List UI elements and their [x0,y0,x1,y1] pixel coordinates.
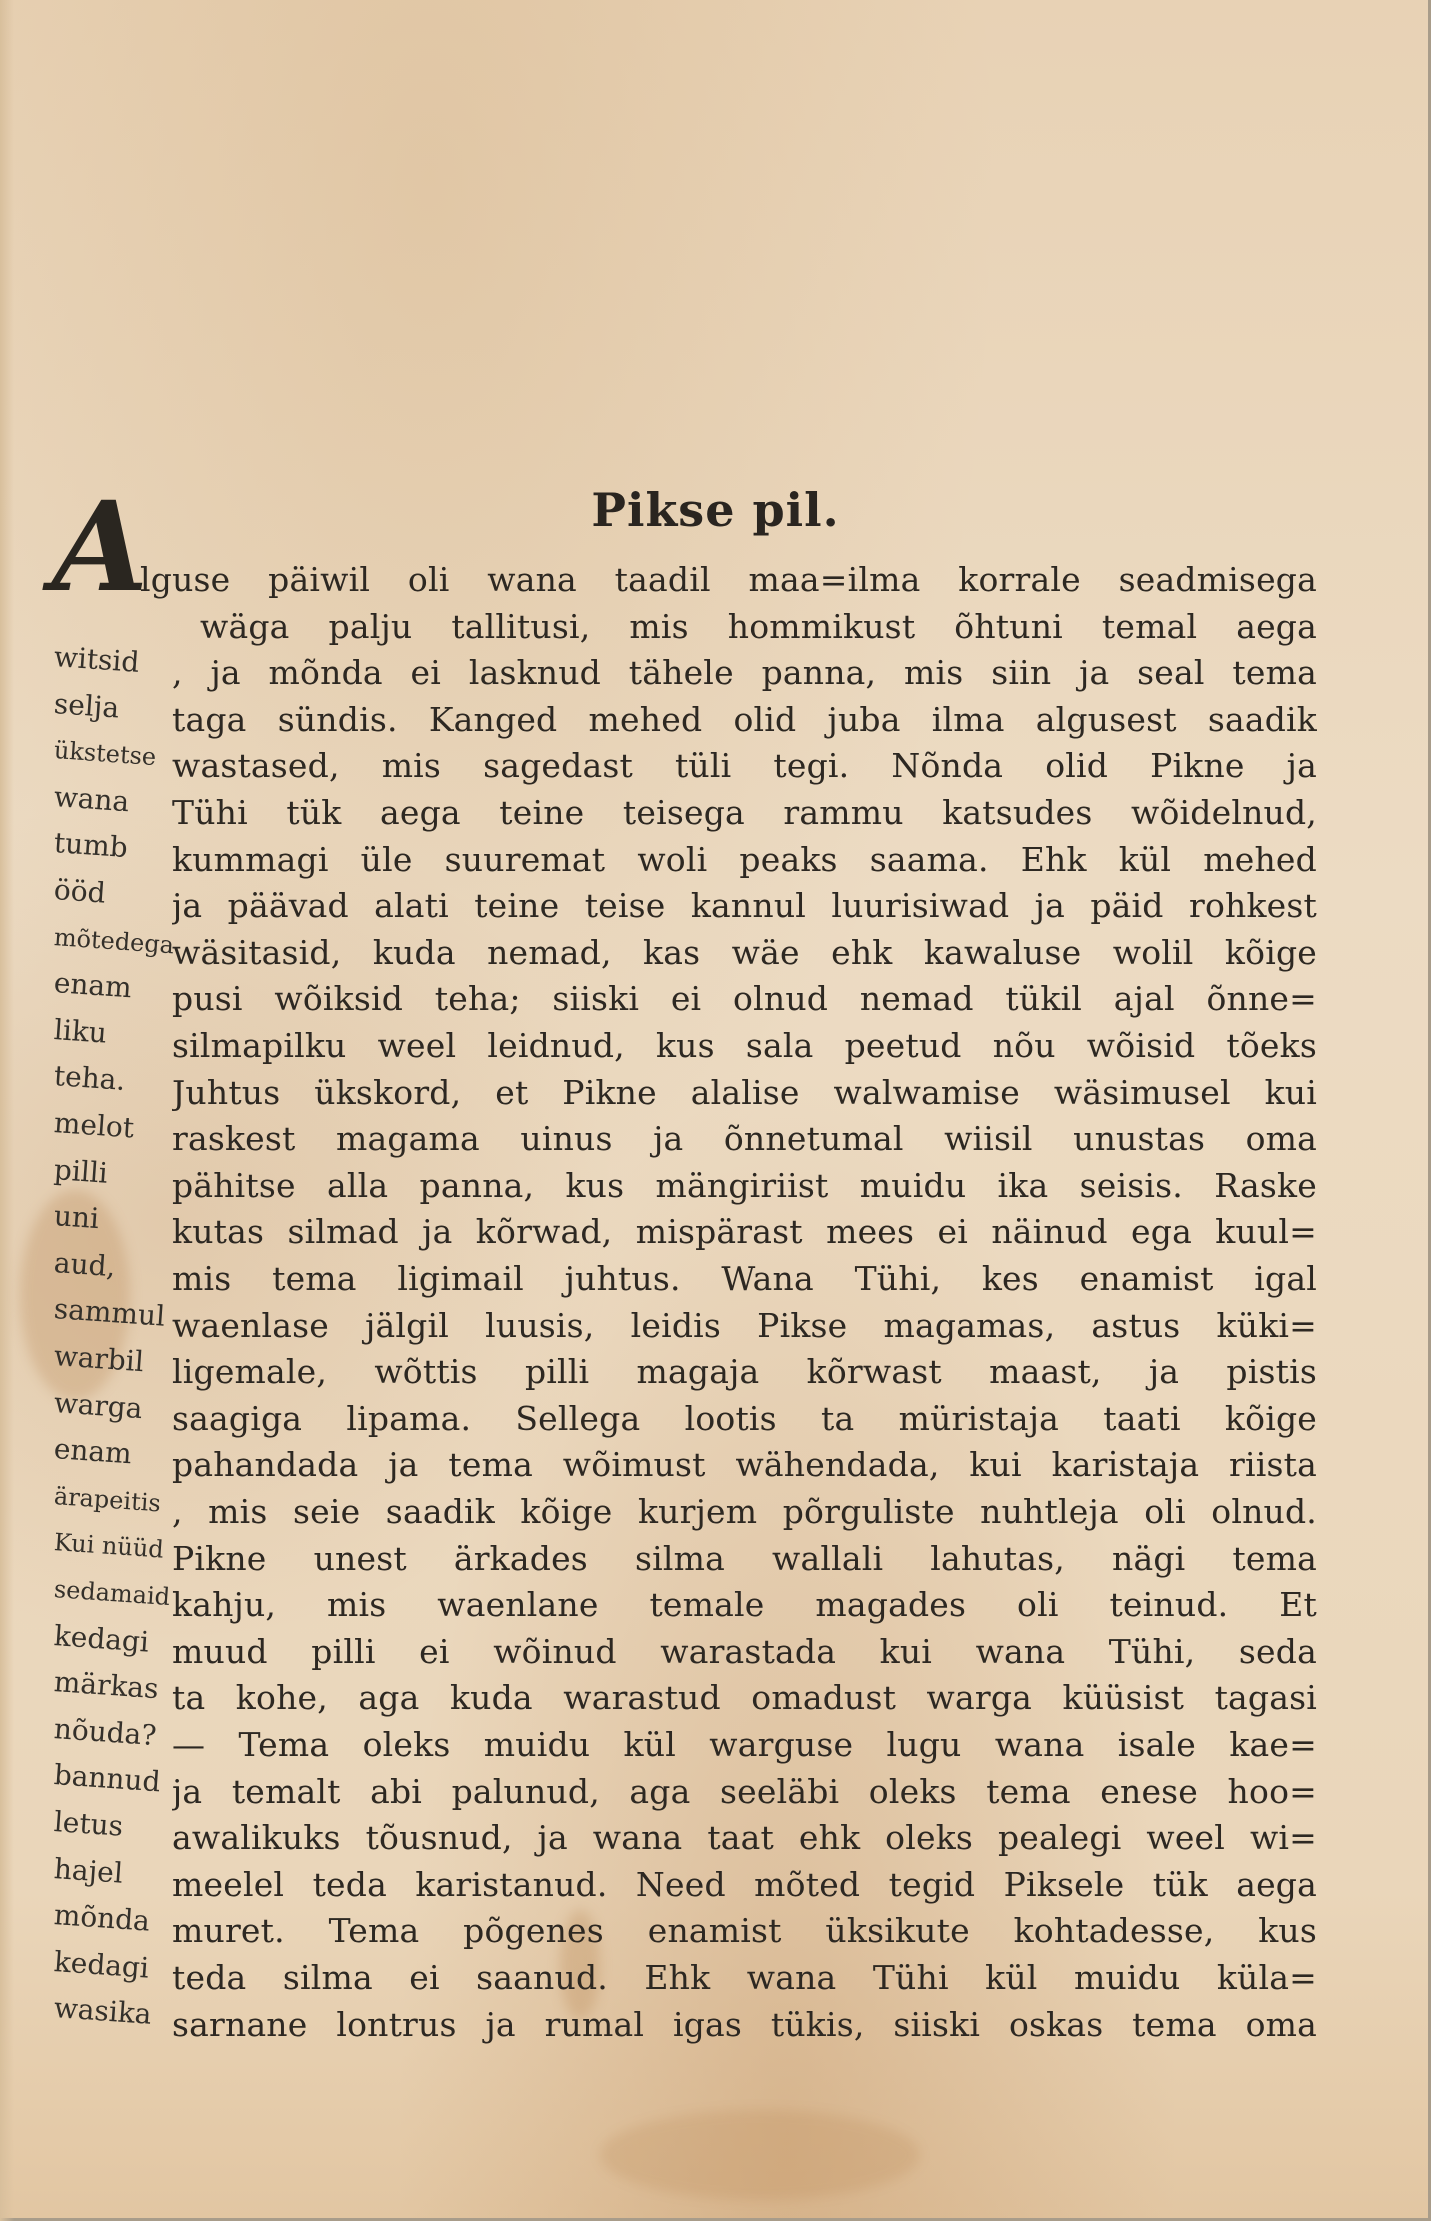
text-line: sarnane lontrus ja rumal igas tükis, sii… [172,2005,1317,2045]
text-line: taga sündis. Kanged mehed olid juba ilma… [172,700,1317,740]
margin-gloss-word: tumb [53,826,129,865]
text-line: kahju, mis waenlane temale magades oli t… [172,1585,1317,1625]
margin-gloss-word: warbil [53,1339,145,1379]
text-line: waenlase jälgil luusis, leidis Pikse mag… [172,1306,1317,1346]
margin-gloss-word: mõnda [53,1898,151,1939]
text-line: wastased, mis sagedast tüli tegi. Nõnda … [172,746,1317,786]
text-line: , ja mõnda ei lasknud tähele panna, mis … [172,653,1317,693]
text-line: wäsitasid, kuda nemad, kas wäe ehk kawal… [172,933,1317,973]
margin-gloss-word: melot [53,1106,135,1146]
text-line: Pikne unest ärkades silma wallali lahuta… [172,1539,1317,1579]
text-line: pusi wõiksid teha; siiski ei olnud nemad… [172,979,1317,1019]
margin-gloss-word: enam [53,966,133,1005]
text-line: kutas silmad ja kõrwad, mispärast mees e… [172,1212,1317,1252]
text-line: Juhtus ükskord, et Pikne alalise walwami… [172,1073,1317,1113]
text-line: awalikuks tõusnud, ja wana taat ehk olek… [172,1818,1317,1858]
margin-gloss-word: Kui nüüd [53,1525,165,1567]
text-line: wäga palju tallitusi, mis hommikust õhtu… [200,607,1317,647]
text-line: pähitse alla panna, kus mängiriist muidu… [172,1166,1317,1206]
paper-stain [600,2110,920,2200]
margin-gloss-word: märkas [53,1665,160,1706]
text-line: , mis seie saadik kõige kurjem põrgulist… [172,1492,1317,1532]
margin-gloss-word: letus [53,1805,124,1844]
text-line: muud pilli ei wõinud warastada kui wana … [172,1632,1317,1672]
margin-gloss-word: selja [53,687,120,725]
margin-gloss-word: bannud [53,1758,162,1799]
text-line: saagiga lipama. Sellega lootis ta mürist… [172,1399,1317,1439]
text-line: mis tema ligimail juhtus. Wana Tühi, kes… [172,1259,1317,1299]
margin-gloss-word: aud, [53,1246,117,1284]
margin-gloss-word: wasika [53,1991,153,2032]
text-line: ta kohe, aga kuda warastud omadust warga… [172,1678,1317,1718]
margin-gloss-word: kedagi [53,1619,150,1660]
margin-gloss-word: ärapeitis [53,1479,162,1520]
text-line: Tühi tük aega teine teisega rammu katsud… [172,793,1317,833]
margin-gloss-word: teha. [53,1059,127,1098]
margin-gloss-word: sedamaid [53,1572,171,1614]
margin-gloss-word: ööd [53,873,107,911]
text-line: teda silma ei saanud. Ehk wana Tühi kül … [172,1958,1317,1998]
margin-gloss-word: mõtedega [53,920,175,962]
text-line: kummagi üle suuremat woli peaks saama. E… [172,840,1317,880]
text-line: muret. Tema põgenes enamist üksikute koh… [172,1911,1317,1951]
text-line: silmapilku weel leidnud, kus sala peetud… [172,1026,1317,1066]
page-edge-shadow [0,0,14,2221]
margin-gloss-word: kedagi [53,1945,150,1986]
book-page: Pikse pil. A lguse päiwil oli wana taadi… [0,0,1431,2221]
text-line: ligemale, wõttis pilli magaja kõrwast ma… [172,1352,1317,1392]
margin-gloss-word: ükstetse [53,733,157,774]
text-line: lguse päiwil oli wana taadil maa=ilma ko… [140,560,1317,600]
text-line: raskest magama uinus ja õnnetumal wiisil… [172,1119,1317,1159]
text-line: pahandada ja tema wõimust wähendada, kui… [172,1445,1317,1485]
margin-gloss-word: nõuda? [53,1712,158,1753]
text-line: — Tema oleks muidu kül warguse lugu wana… [172,1725,1317,1765]
margin-gloss-word: liku [53,1013,108,1051]
margin-gloss-word: hajel [53,1852,124,1891]
margin-gloss-word: wana [53,780,131,819]
margin-gloss-word: witsid [53,640,141,680]
chapter-title: Pikse pil. [0,483,1431,537]
margin-gloss-word: uni [53,1199,100,1236]
text-line: meelel teda karistanud. Need mõted tegid… [172,1865,1317,1905]
text-line: ja päävad alati teine teise kannul luuri… [172,886,1317,926]
margin-gloss-word: pilli [53,1153,109,1191]
drop-cap: A [52,486,148,610]
margin-gloss-word: enam [53,1432,133,1471]
margin-gloss-word: warga [53,1386,144,1426]
text-line: ja temalt abi palunud, aga seeläbi oleks… [172,1772,1317,1812]
